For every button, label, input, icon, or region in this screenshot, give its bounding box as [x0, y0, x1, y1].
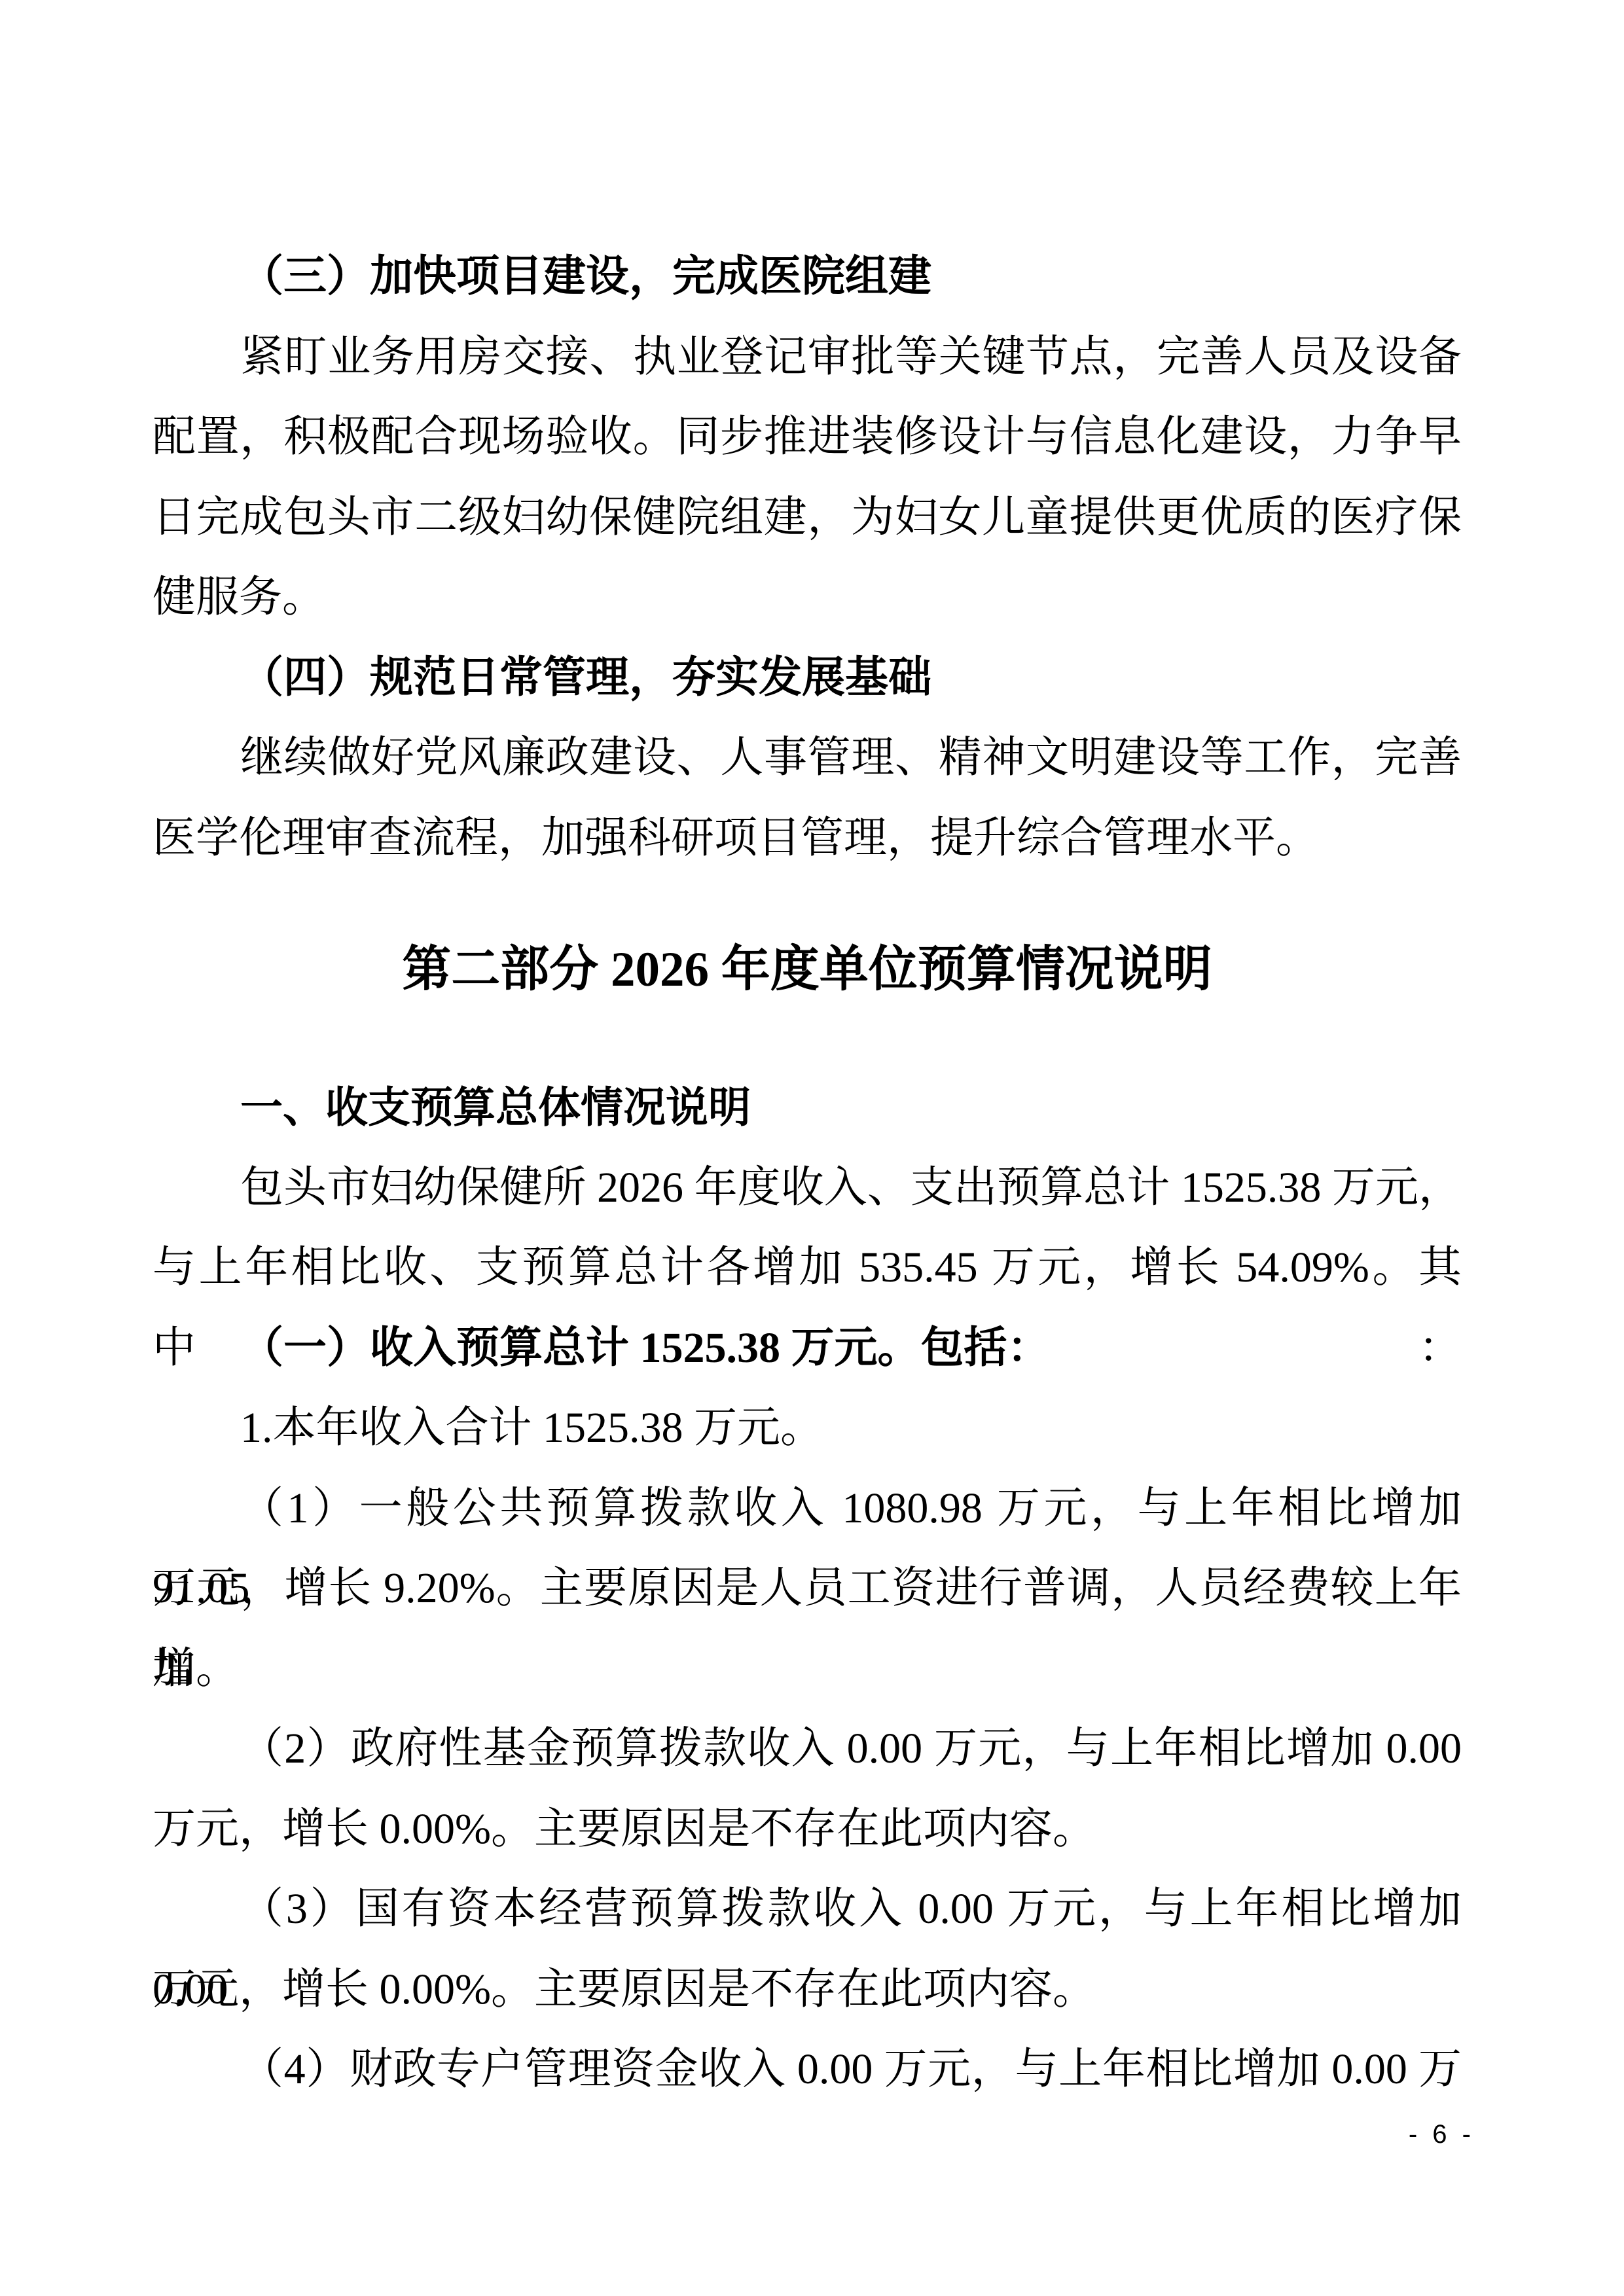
document-content: （三）加快项目建设，完成医院组建 紧盯业务用房交接、执业登记审批等关键节点，完善…	[153, 237, 1462, 2110]
section-4-line-1: 继续做好党风廉政建设、人事管理、精神文明建设等工作，完善	[153, 718, 1462, 798]
income-item-1-line-2: 万元，增长 9.20%。主要原因是人员工资进行普调，人员经费较上年增	[153, 1549, 1462, 1629]
section-3-line-3: 日完成包头市二级妇幼保健院组建，为妇女儿童提供更优质的医疗保	[153, 478, 1462, 558]
income-item-3-line-1: （3）国有资本经营预算拨款收入 0.00 万元，与上年相比增加 0.00	[153, 1869, 1462, 1950]
section-3-line-2: 配置，积极配合现场验收。同步推进装修设计与信息化建设，力争早	[153, 397, 1462, 478]
part2-title: 第二部分 2026 年度单位预算情况说明	[153, 912, 1462, 1027]
income-item-2-line-1: （2）政府性基金预算拨款收入 0.00 万元，与上年相比增加 0.00	[153, 1709, 1462, 1789]
section-4-heading: （四）规范日常管理，夯实发展基础	[153, 638, 1462, 719]
section-3-heading: （三）加快项目建设，完成医院组建	[153, 237, 1462, 317]
overview-heading: 一、收支预算总体情况说明	[153, 1067, 1462, 1148]
section-4-line-2: 医学伦理审查流程，加强科研项目管理，提升综合管理水平。	[153, 798, 1462, 879]
income-item-1-line-3: 加。	[153, 1629, 1462, 1710]
income-item-4-line-1: （4）财政专户管理资金收入 0.00 万元，与上年相比增加 0.00 万	[153, 2030, 1462, 2110]
income-item-3-line-2: 万元，增长 0.00%。主要原因是不存在此项内容。	[153, 1950, 1462, 2030]
section-3-line-4: 健服务。	[153, 558, 1462, 638]
page-number: - 6 -	[1409, 2115, 1475, 2153]
income-item-1-line-1: （1）一般公共预算拨款收入 1080.98 万元，与上年相比增加 91.05	[153, 1469, 1462, 1549]
income-total-line: 1.本年收入合计 1525.38 万元。	[153, 1388, 1462, 1469]
overview-line-1: 包头市妇幼保健所 2026 年度收入、支出预算总计 1525.38 万元，	[153, 1148, 1462, 1229]
section-3-line-1: 紧盯业务用房交接、执业登记审批等关键节点，完善人员及设备	[153, 317, 1462, 398]
overview-line-2: 与上年相比收、支预算总计各增加 535.45 万元，增长 54.09%。其中：	[153, 1228, 1462, 1308]
document-page: （三）加快项目建设，完成医院组建 紧盯业务用房交接、执业登记审批等关键节点，完善…	[0, 0, 1624, 2296]
income-item-2-line-2: 万元，增长 0.00%。主要原因是不存在此项内容。	[153, 1789, 1462, 1870]
